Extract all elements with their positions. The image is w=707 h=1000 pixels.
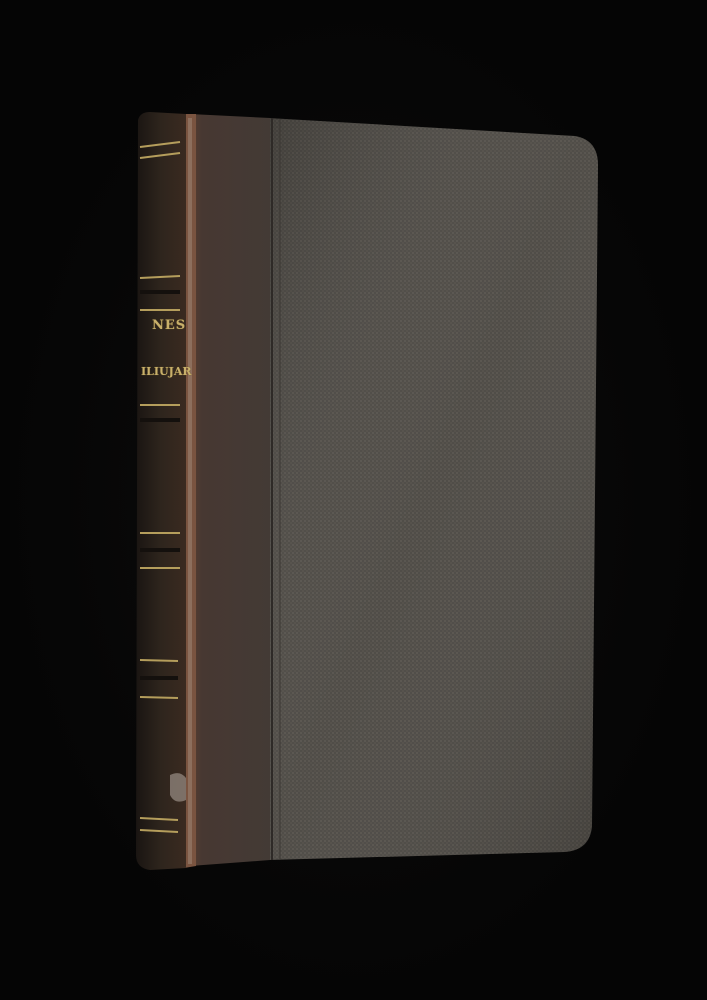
spine-title-line-2: ILIUJAR <box>141 365 192 378</box>
leather-cover-strip <box>190 114 270 866</box>
spine <box>136 112 186 870</box>
spine-title-line-1: NES <box>152 318 186 333</box>
book <box>0 0 707 1000</box>
